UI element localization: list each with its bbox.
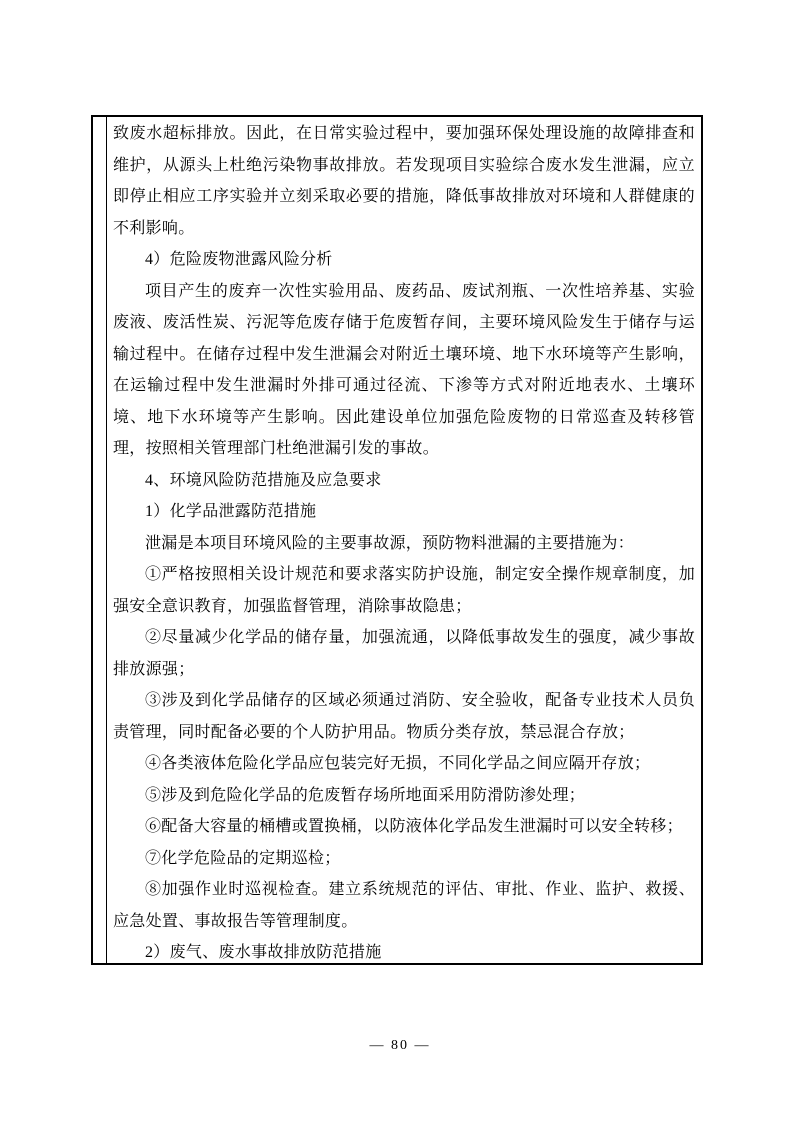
table-column-divider — [106, 117, 107, 963]
paragraph: 项目产生的废弃一次性实验用品、废药品、废试剂瓶、一次性培养基、实验废液、废活性炭… — [113, 276, 695, 465]
document-page: 致废水超标排放。因此，在日常实验过程中，要加强环保处理设施的故障排查和维护，从源… — [0, 0, 800, 1131]
paragraph: ⑥配备大容量的桶槽或置换桶，以防液体化学品发生泄漏时可以安全转移； — [113, 811, 695, 843]
paragraph: ①严格按照相关设计规范和要求落实防护设施，制定安全操作规章制度，加强安全意识教育… — [113, 559, 695, 622]
paragraph-list: 致废水超标排放。因此，在日常实验过程中，要加强环保处理设施的故障排查和维护，从源… — [113, 118, 695, 969]
paragraph: ⑤涉及到危险化学品的危废暂存场所地面采用防滑防渗处理； — [113, 780, 695, 812]
paragraph: 4）危险废物泄露风险分析 — [113, 244, 695, 276]
paragraph: ④各类液体危险化学品应包装完好无损，不同化学品之间应隔开存放； — [113, 748, 695, 780]
paragraph: ⑦化学危险品的定期巡检； — [113, 843, 695, 875]
paragraph: 泄漏是本项目环境风险的主要事故源，预防物料泄漏的主要措施为： — [113, 528, 695, 560]
paragraph: 致废水超标排放。因此，在日常实验过程中，要加强环保处理设施的故障排查和维护，从源… — [113, 118, 695, 244]
table-cell: 致废水超标排放。因此，在日常实验过程中，要加强环保处理设施的故障排查和维护，从源… — [91, 115, 703, 965]
paragraph: 1）化学品泄露防范措施 — [113, 496, 695, 528]
paragraph: 4、环境风险防范措施及应急要求 — [113, 465, 695, 497]
paragraph: 2）废气、废水事故排放防范措施 — [113, 937, 695, 969]
paragraph: ③涉及到化学品储存的区域必须通过消防、安全验收，配备专业技术人员负责管理，同时配… — [113, 685, 695, 748]
paragraph: ⑧加强作业时巡视检查。建立系统规范的评估、审批、作业、监护、救援、应急处置、事故… — [113, 874, 695, 937]
page-number: — 80 — — [0, 1038, 800, 1054]
paragraph: ②尽量减少化学品的储存量，加强流通，以降低事故发生的强度，减少事故排放源强； — [113, 622, 695, 685]
